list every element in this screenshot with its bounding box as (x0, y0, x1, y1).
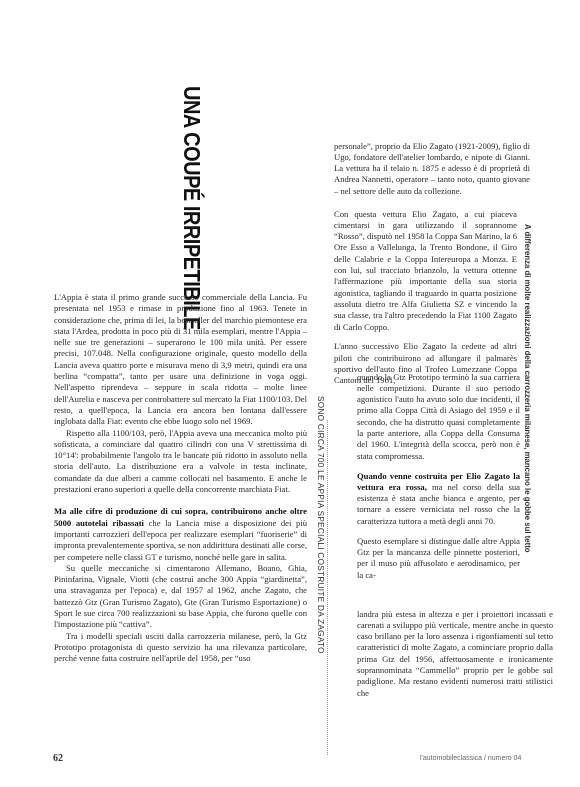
paragraph-with-lead: Ma alle cifre di produzione di cui sopra… (54, 506, 307, 562)
paragraph: L'Appia è stata il primo grande successo… (54, 292, 307, 428)
paragraph: Rispetto alla 1100/103, però, l'Appia av… (54, 428, 307, 496)
paragraph: Con questa vettura Elio Zagato, a cui pi… (334, 209, 517, 333)
page-number: 62 (53, 753, 63, 764)
right-column-bottom: landra più estesa in altezza e per i pro… (357, 600, 553, 708)
paragraph: landra più estesa in altezza e per i pro… (357, 609, 553, 699)
right-column-top: personale”, proprio da Elio Zagato (1921… (334, 132, 530, 206)
paragraph: Questo esemplare si distingue dalle altr… (357, 536, 520, 581)
paragraph: personale”, proprio da Elio Zagato (1921… (334, 141, 530, 197)
paragraph: Su quelle meccaniche si cimentarono Alle… (54, 563, 307, 631)
paragraph: Tra i modelli speciali usciti dalla carr… (54, 631, 307, 665)
paragraph-with-lead: Quando venne costruita per Elio Zagato l… (357, 471, 520, 527)
paragraph: quando la Gtz Prototipo terminò la sua c… (357, 372, 520, 462)
right-caption: A differenza di molte realizzazioni dell… (523, 224, 532, 553)
middle-caption: SONO CIRCA 700 LE APPIA SPECIALI COSTRUI… (316, 396, 325, 654)
dotted-divider (327, 420, 328, 755)
publication-footer: l'automobileclassica / numero 04 (420, 755, 521, 762)
left-column: L'Appia è stata il primo grande successo… (54, 292, 307, 665)
right-column-inset: quando la Gtz Prototipo terminò la sua c… (357, 363, 520, 589)
